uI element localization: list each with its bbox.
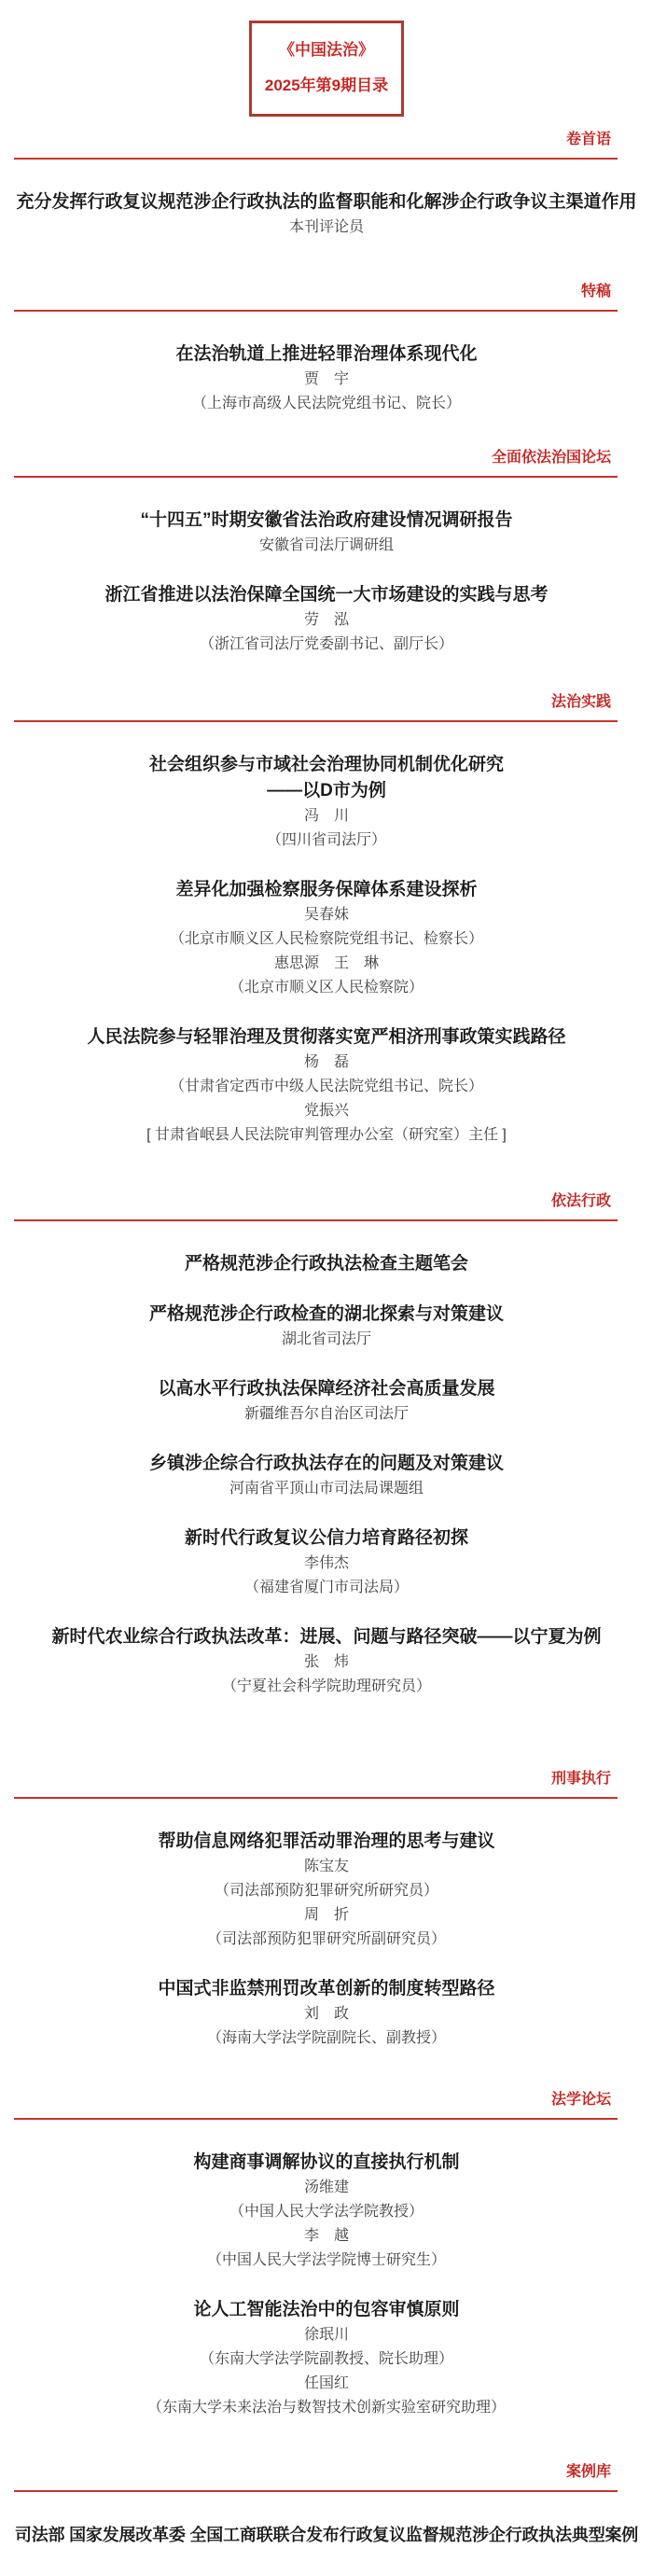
author-line: 杨 磊 (0, 1051, 653, 1075)
author-line: （中国人民大学法学院教授） (0, 2200, 653, 2224)
author-line: 任国红 (0, 2372, 653, 2396)
article-title: 论人工智能法治中的包容审慎原则 (0, 2297, 653, 2323)
article-title: 构建商事调解协议的直接执行机制 (0, 2150, 653, 2176)
author-line: 党振兴 (0, 1099, 653, 1123)
toc-article: 严格规范涉企行政执法检查主题笔会 (0, 1251, 653, 1277)
section-articles: 构建商事调解协议的直接执行机制 汤维建（中国人民大学法学院教授）李 越（中国人民… (0, 2150, 653, 2420)
section-divider-line (14, 2118, 618, 2120)
author-line: 汤维建 (0, 2176, 653, 2200)
section-label: 刑事执行 (0, 1771, 653, 1788)
article-title: 乡镇涉企综合行政执法存在的问题及对策建议 (0, 1451, 653, 1477)
author-line: 吴春妹 (0, 903, 653, 927)
article-title: 浙江省推进以法治保障全国统一大市场建设的实践与思考 (0, 582, 653, 608)
article-title-line: “十四五”时期安徽省法治政府建设情况调研报告 (0, 508, 653, 534)
article-authors: 刘 政（海南大学法学院副院长、副教授） (0, 2002, 653, 2051)
author-line: （海南大学法学院副院长、副教授） (0, 2026, 653, 2051)
section-label: 法学论坛 (0, 2092, 653, 2109)
toc-section: 特稿 在法治轨道上推进轻罪治理体系现代化 贾 宇（上海市高级人民法院党组书记、院… (0, 284, 653, 416)
toc-article: 充分发挥行政复议规范涉企行政执法的监督职能和化解涉企行政争议主渠道作用 本刊评论… (0, 189, 653, 240)
author-line: （福建省厦门市司法局） (0, 1576, 653, 1600)
article-authors: 吴春妹（北京市顺义区人民检察院党组书记、检察长）惠思源 王 琳（北京市顺义区人民… (0, 903, 653, 1000)
author-line: 劳 泓 (0, 608, 653, 633)
section-divider-line (14, 2490, 618, 2492)
author-line: （宁夏社会科学院助理研究员） (0, 1675, 653, 1699)
toc-article: 帮助信息网络犯罪活动罪治理的思考与建议 陈宝友（司法部预防犯罪研究所研究员）周 … (0, 1829, 653, 1952)
article-title: 司法部 国家发展改革委 全国工商联联合发布行政复议监督规范涉企行政执法典型案例 (0, 2522, 653, 2548)
author-line: （四川省司法厅） (0, 828, 653, 853)
author-line: （北京市顺义区人民检察院党组书记、检察长） (0, 927, 653, 952)
author-line: （司法部预防犯罪研究所副研究员） (0, 1928, 653, 1952)
article-title-line: 乡镇涉企综合行政执法存在的问题及对策建议 (0, 1451, 653, 1477)
section-label: 依法行政 (0, 1193, 653, 1210)
issue-title: 2025年第9期目录 (254, 77, 399, 93)
toc-article: “十四五”时期安徽省法治政府建设情况调研报告 安徽省司法厅调研组 (0, 508, 653, 558)
article-title: “十四五”时期安徽省法治政府建设情况调研报告 (0, 508, 653, 534)
author-line: 安徽省司法厅调研组 (0, 534, 653, 558)
article-authors: 河南省平顶山市司法局课题组 (0, 1477, 653, 1501)
toc-article: 论人工智能法治中的包容审慎原则 徐珉川（东南大学法学院副教授、院长助理）任国红（… (0, 2297, 653, 2420)
article-title-line: 严格规范涉企行政执法检查主题笔会 (0, 1251, 653, 1277)
section-articles: 在法治轨道上推进轻罪治理体系现代化 贾 宇（上海市高级人民法院党组书记、院长） (0, 341, 653, 416)
section-articles: 严格规范涉企行政执法检查主题笔会 严格规范涉企行政检查的湖北探索与对策建议 湖北… (0, 1251, 653, 1699)
toc-article: 浙江省推进以法治保障全国统一大市场建设的实践与思考 劳 泓（浙江省司法厅党委副书… (0, 582, 653, 657)
toc-article: 中国式非监禁刑罚改革创新的制度转型路径 刘 政（海南大学法学院副院长、副教授） (0, 1976, 653, 2051)
article-title-line: 新时代行政复议公信力培育路径初探 (0, 1525, 653, 1552)
toc-article: 乡镇涉企综合行政执法存在的问题及对策建议 河南省平顶山市司法局课题组 (0, 1451, 653, 1501)
article-title-line: 论人工智能法治中的包容审慎原则 (0, 2297, 653, 2323)
toc-article: 在法治轨道上推进轻罪治理体系现代化 贾 宇（上海市高级人民法院党组书记、院长） (0, 341, 653, 416)
author-line: 刘 政 (0, 2002, 653, 2026)
author-line: [ 甘肃省岷县人民法院审判管理办公室（研究室）主任 ] (0, 1123, 653, 1148)
article-authors: 湖北省司法厅 (0, 1328, 653, 1352)
author-line: 陈宝友 (0, 1855, 653, 1879)
author-line: 张 炜 (0, 1650, 653, 1675)
article-title-line: 构建商事调解协议的直接执行机制 (0, 2150, 653, 2176)
article-title: 在法治轨道上推进轻罪治理体系现代化 (0, 341, 653, 368)
section-articles: 司法部 国家发展改革委 全国工商联联合发布行政复议监督规范涉企行政执法典型案例 (0, 2522, 653, 2548)
section-articles: “十四五”时期安徽省法治政府建设情况调研报告 安徽省司法厅调研组 浙江省推进以法… (0, 508, 653, 657)
section-label: 特稿 (0, 284, 653, 300)
article-authors: 贾 宇（上海市高级人民法院党组书记、院长） (0, 368, 653, 416)
author-line: 李伟杰 (0, 1552, 653, 1576)
article-title-line: 社会组织参与市域社会治理协同机制优化研究 (0, 752, 653, 778)
section-label: 全面依法治国论坛 (0, 450, 653, 466)
article-authors: 杨 磊（甘肃省定西市中级人民法院党组书记、院长）党振兴[ 甘肃省岷县人民法院审判… (0, 1051, 653, 1148)
toc-section: 法学论坛 构建商事调解协议的直接执行机制 汤维建（中国人民大学法学院教授）李 越… (0, 2092, 653, 2420)
author-line: 新疆维吾尔自治区司法厅 (0, 1402, 653, 1427)
toc-article: 司法部 国家发展改革委 全国工商联联合发布行政复议监督规范涉企行政执法典型案例 (0, 2522, 653, 2548)
article-title-line: 司法部 国家发展改革委 全国工商联联合发布行政复议监督规范涉企行政执法典型案例 (0, 2522, 653, 2548)
article-title: 帮助信息网络犯罪活动罪治理的思考与建议 (0, 1829, 653, 1855)
section-label: 案例库 (0, 2464, 653, 2481)
toc-article: 构建商事调解协议的直接执行机制 汤维建（中国人民大学法学院教授）李 越（中国人民… (0, 2150, 653, 2273)
article-authors: 冯 川（四川省司法厅） (0, 804, 653, 853)
toc-article: 新时代行政复议公信力培育路径初探 李伟杰（福建省厦门市司法局） (0, 1525, 653, 1600)
author-line: （北京市顺义区人民检察院） (0, 976, 653, 1000)
section-label: 卷首语 (0, 132, 653, 148)
author-line: （浙江省司法厅党委副书记、副厅长） (0, 633, 653, 657)
author-line: 徐珉川 (0, 2323, 653, 2347)
article-title: 差异化加强检察服务保障体系建设探析 (0, 877, 653, 903)
section-articles: 充分发挥行政复议规范涉企行政执法的监督职能和化解涉企行政争议主渠道作用 本刊评论… (0, 189, 653, 240)
article-authors: 劳 泓（浙江省司法厅党委副书记、副厅长） (0, 608, 653, 657)
journal-title-box: 《中国法治》 2025年第9期目录 (249, 21, 404, 117)
author-line: （东南大学法学院副教授、院长助理） (0, 2347, 653, 2372)
article-title-line: 帮助信息网络犯罪活动罪治理的思考与建议 (0, 1829, 653, 1855)
article-title: 以高水平行政执法保障经济社会高质量发展 (0, 1376, 653, 1402)
article-title-line: 差异化加强检察服务保障体系建设探析 (0, 877, 653, 903)
section-divider-line (14, 476, 618, 478)
author-line: （中国人民大学法学院博士研究生） (0, 2249, 653, 2273)
article-title: 充分发挥行政复议规范涉企行政执法的监督职能和化解涉企行政争议主渠道作用 (0, 189, 653, 216)
article-authors: 汤维建（中国人民大学法学院教授）李 越（中国人民大学法学院博士研究生） (0, 2176, 653, 2273)
section-divider-line (14, 310, 618, 312)
author-line: 本刊评论员 (0, 216, 653, 240)
author-line: 贾 宇 (0, 368, 653, 392)
article-title: 人民法院参与轻罪治理及贯彻落实宽严相济刑事政策实践路径 (0, 1024, 653, 1051)
author-line: 冯 川 (0, 804, 653, 828)
article-authors: 徐珉川（东南大学法学院副教授、院长助理）任国红（东南大学未来法治与数智技术创新实… (0, 2323, 653, 2420)
article-title-line: 以高水平行政执法保障经济社会高质量发展 (0, 1376, 653, 1402)
toc-section: 依法行政 严格规范涉企行政执法检查主题笔会 严格规范涉企行政检查的湖北探索与对策… (0, 1193, 653, 1699)
section-divider-line (14, 1797, 618, 1799)
article-authors: 陈宝友（司法部预防犯罪研究所研究员）周 折（司法部预防犯罪研究所副研究员） (0, 1855, 653, 1952)
article-authors: 本刊评论员 (0, 216, 653, 240)
article-title: 中国式非监禁刑罚改革创新的制度转型路径 (0, 1976, 653, 2002)
author-line: 李 越 (0, 2224, 653, 2249)
section-articles: 帮助信息网络犯罪活动罪治理的思考与建议 陈宝友（司法部预防犯罪研究所研究员）周 … (0, 1829, 653, 2051)
section-divider-line (14, 158, 618, 160)
section-articles: 社会组织参与市域社会治理协同机制优化研究——以D市为例 冯 川（四川省司法厅） … (0, 752, 653, 1148)
author-line: 周 折 (0, 1903, 653, 1928)
author-line: 惠思源 王 琳 (0, 952, 653, 976)
article-title-line: 严格规范涉企行政检查的湖北探索与对策建议 (0, 1302, 653, 1328)
article-authors: 张 炜（宁夏社会科学院助理研究员） (0, 1650, 653, 1699)
toc-section: 案例库 司法部 国家发展改革委 全国工商联联合发布行政复议监督规范涉企行政执法典… (0, 2464, 653, 2548)
article-title-line: 在法治轨道上推进轻罪治理体系现代化 (0, 341, 653, 368)
toc-article: 新时代农业综合行政执法改革：进展、问题与路径突破——以宁夏为例 张 炜（宁夏社会… (0, 1624, 653, 1699)
toc-article: 以高水平行政执法保障经济社会高质量发展 新疆维吾尔自治区司法厅 (0, 1376, 653, 1427)
article-title: 严格规范涉企行政执法检查主题笔会 (0, 1251, 653, 1277)
article-title-line: 充分发挥行政复议规范涉企行政执法的监督职能和化解涉企行政争议主渠道作用 (0, 189, 653, 216)
author-line: 河南省平顶山市司法局课题组 (0, 1477, 653, 1501)
article-title: 新时代农业综合行政执法改革：进展、问题与路径突破——以宁夏为例 (0, 1624, 653, 1650)
author-line: （甘肃省定西市中级人民法院党组书记、院长） (0, 1075, 653, 1099)
toc-article: 差异化加强检察服务保障体系建设探析 吴春妹（北京市顺义区人民检察院党组书记、检察… (0, 877, 653, 1000)
article-title: 严格规范涉企行政检查的湖北探索与对策建议 (0, 1302, 653, 1328)
article-authors: 李伟杰（福建省厦门市司法局） (0, 1552, 653, 1600)
article-title-line: 新时代农业综合行政执法改革：进展、问题与路径突破——以宁夏为例 (0, 1624, 653, 1650)
toc-article: 人民法院参与轻罪治理及贯彻落实宽严相济刑事政策实践路径 杨 磊（甘肃省定西市中级… (0, 1024, 653, 1148)
author-line: （东南大学未来法治与数智技术创新实验室研究助理） (0, 2396, 653, 2420)
section-divider-line (14, 720, 618, 722)
article-title-line: 中国式非监禁刑罚改革创新的制度转型路径 (0, 1976, 653, 2002)
journal-toc-page: 《中国法治》 2025年第9期目录 卷首语 充分发挥行政复议规范涉企行政执法的监… (0, 0, 653, 2576)
toc-article: 社会组织参与市域社会治理协同机制优化研究——以D市为例 冯 川（四川省司法厅） (0, 752, 653, 853)
article-title: 社会组织参与市域社会治理协同机制优化研究——以D市为例 (0, 752, 653, 804)
article-title-line: 浙江省推进以法治保障全国统一大市场建设的实践与思考 (0, 582, 653, 608)
toc-section: 全面依法治国论坛 “十四五”时期安徽省法治政府建设情况调研报告 安徽省司法厅调研… (0, 450, 653, 657)
toc-section: 法治实践 社会组织参与市域社会治理协同机制优化研究——以D市为例 冯 川（四川省… (0, 694, 653, 1148)
toc-section: 卷首语 充分发挥行政复议规范涉企行政执法的监督职能和化解涉企行政争议主渠道作用 … (0, 132, 653, 240)
author-line: 湖北省司法厅 (0, 1328, 653, 1352)
author-line: （上海市高级人民法院党组书记、院长） (0, 392, 653, 416)
toc-sections: 卷首语 充分发挥行政复议规范涉企行政执法的监督职能和化解涉企行政争议主渠道作用 … (0, 132, 653, 2548)
article-authors: 新疆维吾尔自治区司法厅 (0, 1402, 653, 1427)
article-title: 新时代行政复议公信力培育路径初探 (0, 1525, 653, 1552)
article-title-line: ——以D市为例 (0, 778, 653, 804)
toc-article: 严格规范涉企行政检查的湖北探索与对策建议 湖北省司法厅 (0, 1302, 653, 1352)
journal-name: 《中国法治》 (254, 42, 399, 58)
section-label: 法治实践 (0, 694, 653, 711)
article-authors: 安徽省司法厅调研组 (0, 534, 653, 558)
article-title-line: 人民法院参与轻罪治理及贯彻落实宽严相济刑事政策实践路径 (0, 1024, 653, 1051)
author-line: （司法部预防犯罪研究所研究员） (0, 1879, 653, 1903)
section-divider-line (14, 1219, 618, 1221)
toc-section: 刑事执行 帮助信息网络犯罪活动罪治理的思考与建议 陈宝友（司法部预防犯罪研究所研… (0, 1771, 653, 2051)
